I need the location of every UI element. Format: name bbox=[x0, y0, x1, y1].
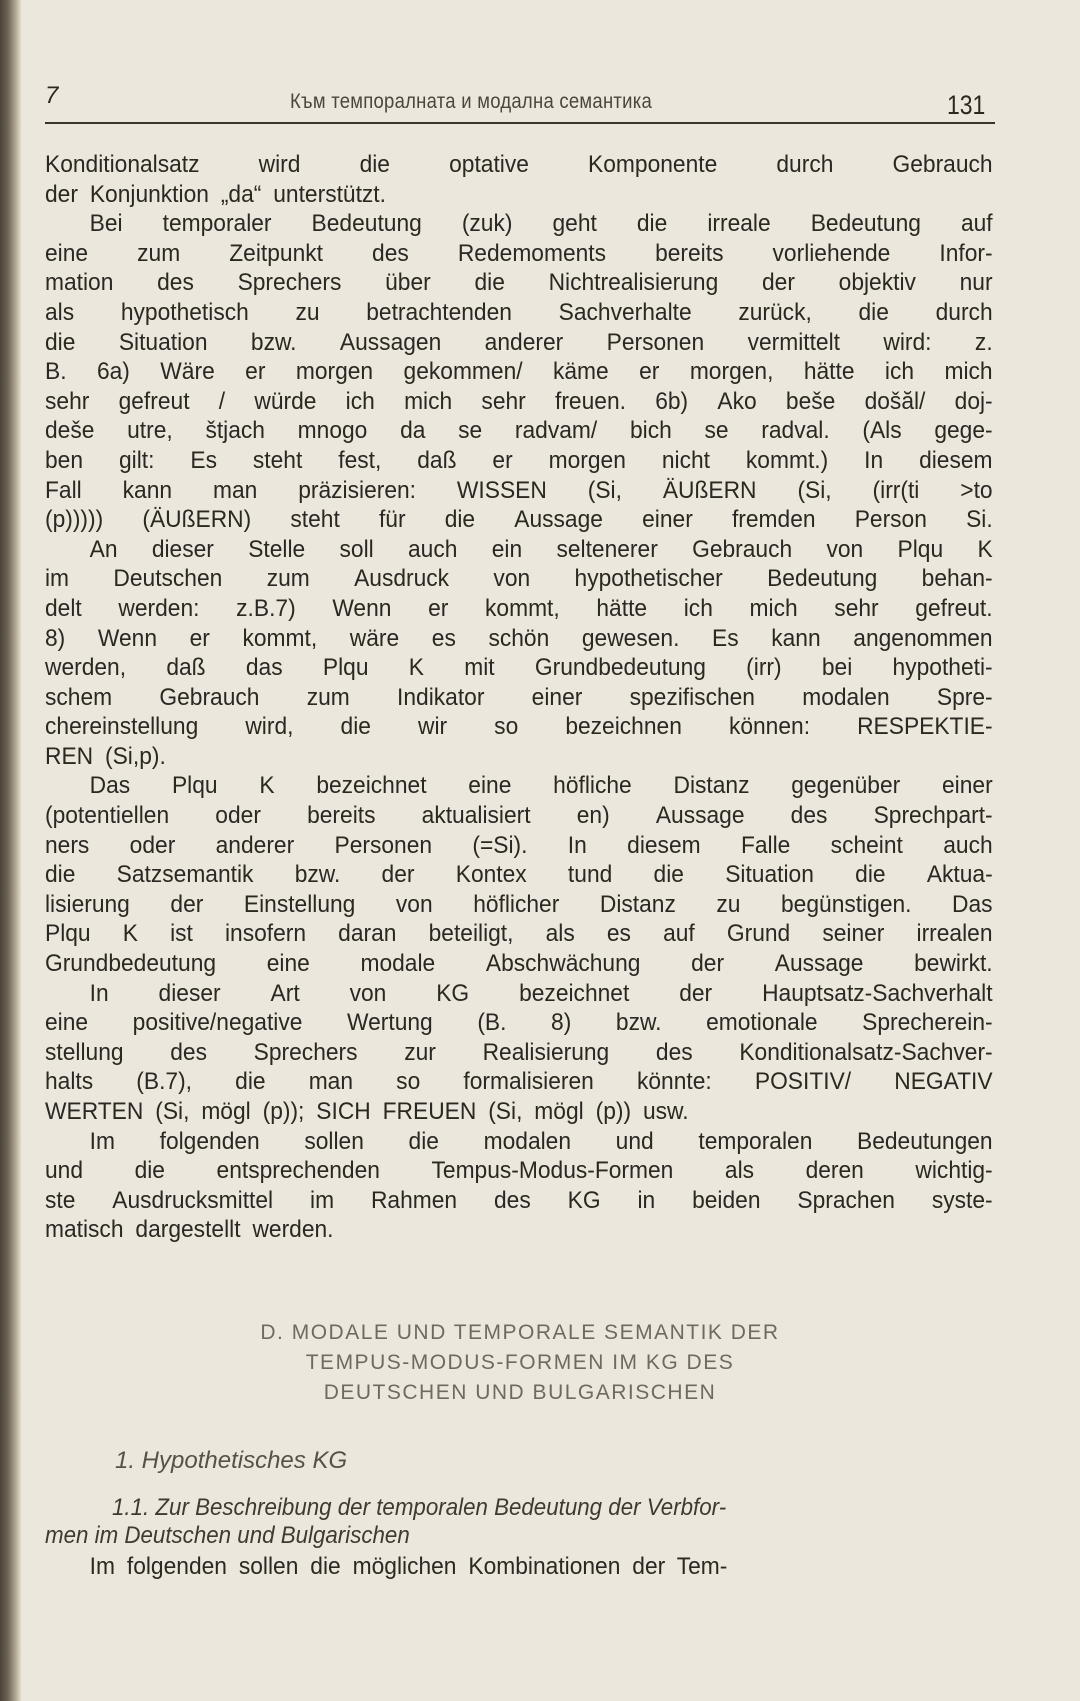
header-rule bbox=[45, 122, 995, 124]
word: eine bbox=[45, 1008, 88, 1038]
word: gilt: bbox=[119, 446, 154, 476]
word: deše bbox=[45, 416, 94, 446]
word: se bbox=[458, 416, 482, 446]
word: mation bbox=[45, 268, 113, 298]
word: Grundbedeutung bbox=[535, 653, 706, 683]
word: ich bbox=[885, 357, 914, 387]
word: sollen bbox=[304, 1127, 364, 1157]
word: es bbox=[432, 624, 456, 654]
word: von bbox=[826, 535, 863, 565]
word: z.B.7) bbox=[236, 594, 296, 624]
word: (potentiellen bbox=[45, 801, 169, 831]
text-line: einepositive/negativeWertung(B.8)bzw.emo… bbox=[45, 1008, 993, 1038]
word: Wertung bbox=[347, 1008, 433, 1038]
word: tund bbox=[568, 860, 612, 890]
word: >to bbox=[960, 476, 992, 506]
word: Das bbox=[90, 771, 131, 801]
word: Aussage bbox=[775, 949, 864, 979]
word: (irr) bbox=[746, 653, 781, 683]
word: er bbox=[190, 624, 210, 654]
word: von bbox=[493, 564, 530, 594]
text-line: schemGebrauchzumIndikatoreinerspezifisch… bbox=[45, 683, 993, 713]
word: aktualisiert bbox=[422, 801, 531, 831]
word: ners bbox=[45, 831, 89, 861]
word: entsprechenden bbox=[217, 1156, 380, 1186]
word: Situation bbox=[725, 860, 814, 890]
word: In bbox=[90, 979, 109, 1009]
word: bezeichnet bbox=[316, 771, 426, 801]
word: bereits bbox=[655, 239, 723, 269]
word: RESPEKTIE- bbox=[857, 712, 992, 742]
text-line: BeitemporalerBedeutung(zuk)gehtdieirreal… bbox=[45, 209, 993, 239]
word: Bei bbox=[90, 209, 123, 239]
subheading-1-1: 1.1. Zur Beschreibung der temporalen Bed… bbox=[45, 1494, 993, 1550]
word: würde bbox=[254, 387, 316, 417]
text-line: mationdesSprechersüberdieNichtrealisieru… bbox=[45, 268, 993, 298]
word: des bbox=[372, 239, 409, 269]
word: die bbox=[637, 209, 667, 239]
word: auf bbox=[961, 209, 993, 239]
word: (zuk) bbox=[462, 209, 513, 239]
text-line: (potentiellenoderbereitsaktualisierten)A… bbox=[45, 801, 993, 831]
subheading-line: 1.1. Zur Beschreibung der temporalen Bed… bbox=[45, 1494, 993, 1522]
word: (ÄUßERN) bbox=[142, 505, 251, 535]
word: gefreut bbox=[119, 387, 190, 417]
word: man bbox=[309, 1067, 353, 1097]
word: modalen bbox=[484, 1127, 571, 1157]
word: oder bbox=[215, 801, 261, 831]
word: Gebrauch bbox=[692, 535, 792, 565]
word: die bbox=[360, 150, 390, 180]
word: so bbox=[396, 1067, 420, 1097]
word: Plqu bbox=[898, 535, 944, 565]
word: Personen bbox=[607, 328, 705, 358]
word: sehr bbox=[45, 387, 89, 417]
word: in bbox=[637, 1186, 655, 1216]
word: kann bbox=[771, 624, 820, 654]
word: über bbox=[385, 268, 431, 298]
word: die bbox=[341, 712, 371, 742]
word: z. bbox=[975, 328, 993, 358]
word: der bbox=[382, 860, 415, 890]
word: höfliche bbox=[553, 771, 632, 801]
word: bei bbox=[822, 653, 852, 683]
word: / bbox=[219, 387, 225, 417]
chapter-number: 7 bbox=[45, 82, 58, 110]
word: wird bbox=[259, 150, 301, 180]
word: Zeitpunkt bbox=[229, 239, 323, 269]
text-line: steAusdrucksmittelimRahmendesKGinbeidenS… bbox=[45, 1186, 993, 1216]
text-line: REN (Si,p). bbox=[45, 742, 993, 772]
word: die bbox=[474, 268, 504, 298]
body-text: KonditionalsatzwirddieoptativeKomponente… bbox=[45, 150, 993, 1245]
word: des bbox=[791, 801, 828, 831]
word: höflicher bbox=[473, 890, 559, 920]
word: halts bbox=[45, 1067, 93, 1097]
word: eine bbox=[468, 771, 511, 801]
word: fremden bbox=[732, 505, 816, 535]
word: In bbox=[864, 446, 883, 476]
word: als bbox=[45, 298, 74, 328]
word: vermittelt bbox=[748, 328, 840, 358]
word: Sprachen bbox=[797, 1186, 895, 1216]
word: können: bbox=[729, 712, 810, 742]
word: Ausdrucksmittel bbox=[112, 1186, 273, 1216]
word: fest, bbox=[338, 446, 381, 476]
word: Person bbox=[855, 505, 927, 535]
text-line: alshypothetischzubetrachtendenSachverhal… bbox=[45, 298, 993, 328]
word: zur bbox=[404, 1038, 436, 1068]
word: die bbox=[409, 1127, 439, 1157]
word: beteiligt, bbox=[429, 919, 514, 949]
word: zum bbox=[307, 683, 350, 713]
word: kommt, bbox=[485, 594, 560, 624]
word: mich bbox=[750, 594, 798, 624]
word: Ako bbox=[717, 387, 756, 417]
word: Aussage bbox=[514, 505, 603, 535]
word: beiden bbox=[692, 1186, 760, 1216]
word: Art bbox=[271, 979, 300, 1009]
word: nicht bbox=[662, 446, 710, 476]
word: Wenn bbox=[332, 594, 391, 624]
text-line: DasPlquKbezeichneteinehöflicheDistanzgeg… bbox=[45, 771, 993, 801]
word: Grund bbox=[727, 919, 790, 949]
word: die bbox=[45, 860, 75, 890]
word: auf bbox=[663, 919, 695, 949]
section-heading: D. MODALE UND TEMPORALE SEMANTIK DER TEM… bbox=[45, 1318, 995, 1408]
word: scheint bbox=[831, 831, 903, 861]
word: bzw. bbox=[616, 1008, 662, 1038]
word: die bbox=[135, 1156, 165, 1186]
word: Abschwächung bbox=[486, 949, 641, 979]
word: wichtig- bbox=[915, 1156, 992, 1186]
word: gefreut. bbox=[915, 594, 992, 624]
word: könnte: bbox=[637, 1067, 712, 1097]
word: In bbox=[568, 831, 587, 861]
word: wird: bbox=[883, 328, 931, 358]
word: positive/negative bbox=[133, 1008, 303, 1038]
word: Sprechers bbox=[254, 1038, 358, 1068]
word: Sprecherein- bbox=[862, 1008, 992, 1038]
word: deren bbox=[806, 1156, 864, 1186]
word: 6b) bbox=[655, 387, 688, 417]
word: temporalen bbox=[698, 1127, 812, 1157]
word: Kontex bbox=[456, 860, 527, 890]
word: (Als bbox=[862, 416, 901, 446]
word: präzisieren: bbox=[298, 476, 416, 506]
word: er bbox=[245, 357, 265, 387]
word: des bbox=[656, 1038, 693, 1068]
word: sehr bbox=[481, 387, 525, 417]
word: ein bbox=[492, 535, 522, 565]
word: Realisierung bbox=[483, 1038, 610, 1068]
word: behan- bbox=[922, 564, 993, 594]
word: radvam/ bbox=[515, 416, 597, 446]
text-line: chereinstellungwird,diewirsobezeichnenkö… bbox=[45, 712, 993, 742]
word: štjach bbox=[205, 416, 265, 446]
word: geht bbox=[553, 209, 597, 239]
word: daran bbox=[338, 919, 396, 949]
word: Fall bbox=[45, 476, 82, 506]
word: die bbox=[445, 505, 475, 535]
text-line: deltwerden:z.B.7)Wennerkommt,hätteichmic… bbox=[45, 594, 993, 624]
word: Gebrauch bbox=[893, 150, 993, 180]
word: emotionale bbox=[706, 1008, 817, 1038]
word: es bbox=[607, 919, 631, 949]
word: modale bbox=[360, 949, 435, 979]
text-line: unddieentsprechendenTempus-Modus-Formena… bbox=[45, 1156, 993, 1186]
word: Aussage bbox=[656, 801, 745, 831]
word: Wenn bbox=[98, 624, 157, 654]
word: Plqu bbox=[323, 653, 369, 683]
word: morgen bbox=[296, 357, 373, 387]
word: zurück, bbox=[738, 298, 811, 328]
text-line: stellungdesSprecherszurRealisierungdesKo… bbox=[45, 1038, 993, 1068]
section-heading-line: TEMPUS-MODUS-FORMEN IM KG DES bbox=[45, 1348, 995, 1378]
word: der bbox=[691, 949, 724, 979]
word: des bbox=[494, 1186, 531, 1216]
text-line: einezumZeitpunktdesRedemomentsbereitsvor… bbox=[45, 239, 993, 269]
word: käme bbox=[553, 357, 609, 387]
subheading-hypothetisches-kg: 1. Hypothetisches KG bbox=[115, 1447, 347, 1475]
word: KG bbox=[568, 1186, 601, 1216]
word: lisierung bbox=[45, 890, 130, 920]
word: hätte bbox=[804, 357, 855, 387]
text-line: dieSituationbzw.AussagenandererPersonenv… bbox=[45, 328, 993, 358]
text-line: AndieserStellesollaucheinseltenererGebra… bbox=[45, 535, 993, 565]
word: und bbox=[45, 1156, 83, 1186]
word: diesem bbox=[627, 831, 700, 861]
word: Sprechers bbox=[238, 268, 342, 298]
word: Bedeutung bbox=[312, 209, 422, 239]
word: syste- bbox=[932, 1186, 993, 1216]
word: die bbox=[855, 860, 885, 890]
word: wir bbox=[418, 712, 447, 742]
word: (Si, bbox=[797, 476, 831, 506]
text-line: B.6a)Wäreermorgengekommen/kämeermorgen,h… bbox=[45, 357, 993, 387]
word: auch bbox=[943, 831, 992, 861]
word: beše bbox=[786, 387, 835, 417]
word: K bbox=[123, 919, 138, 949]
word: gekommen/ bbox=[404, 357, 523, 387]
word: eine bbox=[267, 949, 310, 979]
text-line: matisch dargestellt werden. bbox=[45, 1215, 993, 1245]
word: seltenerer bbox=[556, 535, 657, 565]
word: Spre- bbox=[937, 683, 993, 713]
word: WISSEN bbox=[457, 476, 547, 506]
word: morgen, bbox=[690, 357, 774, 387]
word: bereits bbox=[307, 801, 375, 831]
word: morgen bbox=[549, 446, 626, 476]
word: seiner bbox=[822, 919, 884, 949]
word: insofern bbox=[225, 919, 306, 949]
word: der bbox=[679, 979, 712, 1009]
word: optative bbox=[449, 150, 529, 180]
text-line: Imfolgendensollendiemodalenundtemporalen… bbox=[45, 1127, 993, 1157]
word: Nichtrealisierung bbox=[549, 268, 719, 298]
word: er bbox=[492, 446, 512, 476]
word: gegenüber bbox=[791, 771, 900, 801]
word: irrealen bbox=[917, 919, 993, 949]
text-line: IndieserArtvonKGbezeichnetderHauptsatz-S… bbox=[45, 979, 993, 1009]
word: se bbox=[704, 416, 728, 446]
word: durch bbox=[936, 298, 993, 328]
word: 8) bbox=[45, 624, 65, 654]
word: Distanz bbox=[673, 771, 749, 801]
word: 8) bbox=[551, 1008, 571, 1038]
word: (irr(ti bbox=[873, 476, 920, 506]
word: kommt, bbox=[242, 624, 317, 654]
word: temporaler bbox=[163, 209, 272, 239]
word: Si. bbox=[966, 505, 993, 535]
word: Redemoments bbox=[458, 239, 606, 269]
word: ist bbox=[170, 919, 193, 949]
word: oder bbox=[130, 831, 176, 861]
word: daß bbox=[417, 446, 456, 476]
section-heading-line: D. MODALE UND TEMPORALE SEMANTIK DER bbox=[45, 1318, 995, 1348]
word: wäre bbox=[350, 624, 399, 654]
word: hypothetischer bbox=[575, 564, 723, 594]
word: des bbox=[157, 268, 194, 298]
word: radval. bbox=[761, 416, 829, 446]
section-heading-line: DEUTSCHEN UND BULGARISCHEN bbox=[45, 1378, 995, 1408]
word: werden: bbox=[118, 594, 199, 624]
word: begünstigen. bbox=[781, 890, 912, 920]
book-spine-shadow bbox=[0, 0, 22, 1701]
word: vorliehende bbox=[773, 239, 891, 269]
word: došăl/ bbox=[865, 387, 926, 417]
running-head: Към темпоралната и модална семантика bbox=[290, 90, 652, 114]
text-line: lisierungderEinstellungvonhöflicherDista… bbox=[45, 890, 993, 920]
word: betrachtenden bbox=[366, 298, 512, 328]
word: zum bbox=[137, 239, 180, 269]
word: daß bbox=[166, 653, 205, 683]
word: einer bbox=[642, 505, 693, 535]
word: An bbox=[90, 535, 118, 565]
word: im bbox=[310, 1186, 334, 1216]
text-line: PlquKistinsoferndaranbeteiligt,alsesaufG… bbox=[45, 919, 993, 949]
word: gege- bbox=[934, 416, 992, 446]
word: NEGATIV bbox=[894, 1067, 992, 1097]
word: (B. bbox=[477, 1008, 506, 1038]
word: Rahmen bbox=[371, 1186, 457, 1216]
word: diesem bbox=[919, 446, 992, 476]
word: zu bbox=[716, 890, 740, 920]
word: die bbox=[654, 860, 684, 890]
word: kommt.) bbox=[746, 446, 828, 476]
word: Konditionalsatz bbox=[45, 150, 200, 180]
word: mich bbox=[404, 387, 452, 417]
word: (Si, bbox=[588, 476, 622, 506]
word: doj- bbox=[955, 387, 993, 417]
text-line: GrundbedeutungeinemodaleAbschwächungderA… bbox=[45, 949, 993, 979]
word: einer bbox=[942, 771, 993, 801]
word: bzw. bbox=[295, 860, 341, 890]
word: Konditionalsatz-Sachver- bbox=[739, 1038, 992, 1068]
word: chereinstellung bbox=[45, 712, 198, 742]
word: stellung bbox=[45, 1038, 124, 1068]
word: Bedeutung bbox=[767, 564, 877, 594]
word: so bbox=[494, 712, 518, 742]
word: Tempus-Modus-Formen bbox=[432, 1156, 674, 1186]
word: Infor- bbox=[939, 239, 992, 269]
word: Aussagen bbox=[340, 328, 441, 358]
word: Im bbox=[90, 1127, 115, 1157]
word: mnogo bbox=[298, 416, 368, 446]
word: durch bbox=[776, 150, 833, 180]
word: mit bbox=[464, 653, 494, 683]
word: Deutschen bbox=[113, 564, 222, 594]
word: eine bbox=[45, 239, 88, 269]
book-page: 7 Към темпоралната и модална семантика 1… bbox=[45, 0, 995, 1701]
word: ÄUßERN bbox=[663, 476, 757, 506]
word: Falle bbox=[741, 831, 790, 861]
word: (p))))) bbox=[45, 505, 103, 535]
word: ich bbox=[346, 387, 375, 417]
text-line: Fallkannmanpräzisieren:WISSEN(Si,ÄUßERN(… bbox=[45, 476, 993, 506]
text-line: bengilt:Esstehtfest,daßermorgennichtkomm… bbox=[45, 446, 993, 476]
word: Einstellung bbox=[244, 890, 355, 920]
word: Grundbedeutung bbox=[45, 949, 216, 979]
word: Ausdruck bbox=[354, 564, 449, 594]
word: zu bbox=[295, 298, 319, 328]
word: und bbox=[616, 1127, 654, 1157]
word: B. bbox=[45, 357, 67, 387]
word: im bbox=[45, 564, 69, 594]
word: anderer bbox=[216, 831, 295, 861]
word: ben bbox=[45, 446, 83, 476]
word: nur bbox=[960, 268, 993, 298]
text-line: der Konjunktion „da“ unterstützt. bbox=[45, 180, 993, 210]
word: objektiv bbox=[839, 268, 916, 298]
page-number: 131 bbox=[947, 90, 985, 121]
word: Personen bbox=[335, 831, 433, 861]
word: Bedeutung bbox=[811, 209, 921, 239]
word: Es bbox=[190, 446, 217, 476]
word: er bbox=[639, 357, 659, 387]
word: utre, bbox=[127, 416, 173, 446]
word: anderer bbox=[485, 328, 564, 358]
word: soll bbox=[340, 535, 374, 565]
word: Satzsemantik bbox=[117, 860, 254, 890]
word: irreale bbox=[707, 209, 770, 239]
word: zum bbox=[267, 564, 310, 594]
word: das bbox=[246, 653, 283, 683]
word: als bbox=[725, 1156, 754, 1186]
word: Situation bbox=[119, 328, 208, 358]
word: bezeichnet bbox=[519, 979, 629, 1009]
word: Bedeutungen bbox=[857, 1127, 993, 1157]
word: gewesen. bbox=[582, 624, 680, 654]
word: bzw. bbox=[251, 328, 297, 358]
word: der bbox=[170, 890, 203, 920]
word: der bbox=[762, 268, 795, 298]
word: modalen bbox=[802, 683, 889, 713]
word: schem bbox=[45, 683, 112, 713]
text-line: nersoderandererPersonen(=Si).IndiesemFal… bbox=[45, 831, 993, 861]
word: hypothetisch bbox=[121, 298, 249, 328]
text-line: (p)))))(ÄUßERN)stehtfürdieAussageeinerfr… bbox=[45, 505, 993, 535]
word: (=Si). bbox=[472, 831, 527, 861]
text-line: WERTEN (Si, mögl (p)); SICH FREUEN (Si, … bbox=[45, 1097, 993, 1127]
word: K bbox=[409, 653, 424, 683]
word: angenommen bbox=[853, 624, 992, 654]
word: hätte bbox=[596, 594, 647, 624]
word: für bbox=[379, 505, 406, 535]
text-line: dieSatzsemantikbzw.derKontextunddieSitua… bbox=[45, 860, 993, 890]
word: mich bbox=[944, 357, 992, 387]
text-line: dešeutre,štjachmnogodaseradvam/bichserad… bbox=[45, 416, 993, 446]
